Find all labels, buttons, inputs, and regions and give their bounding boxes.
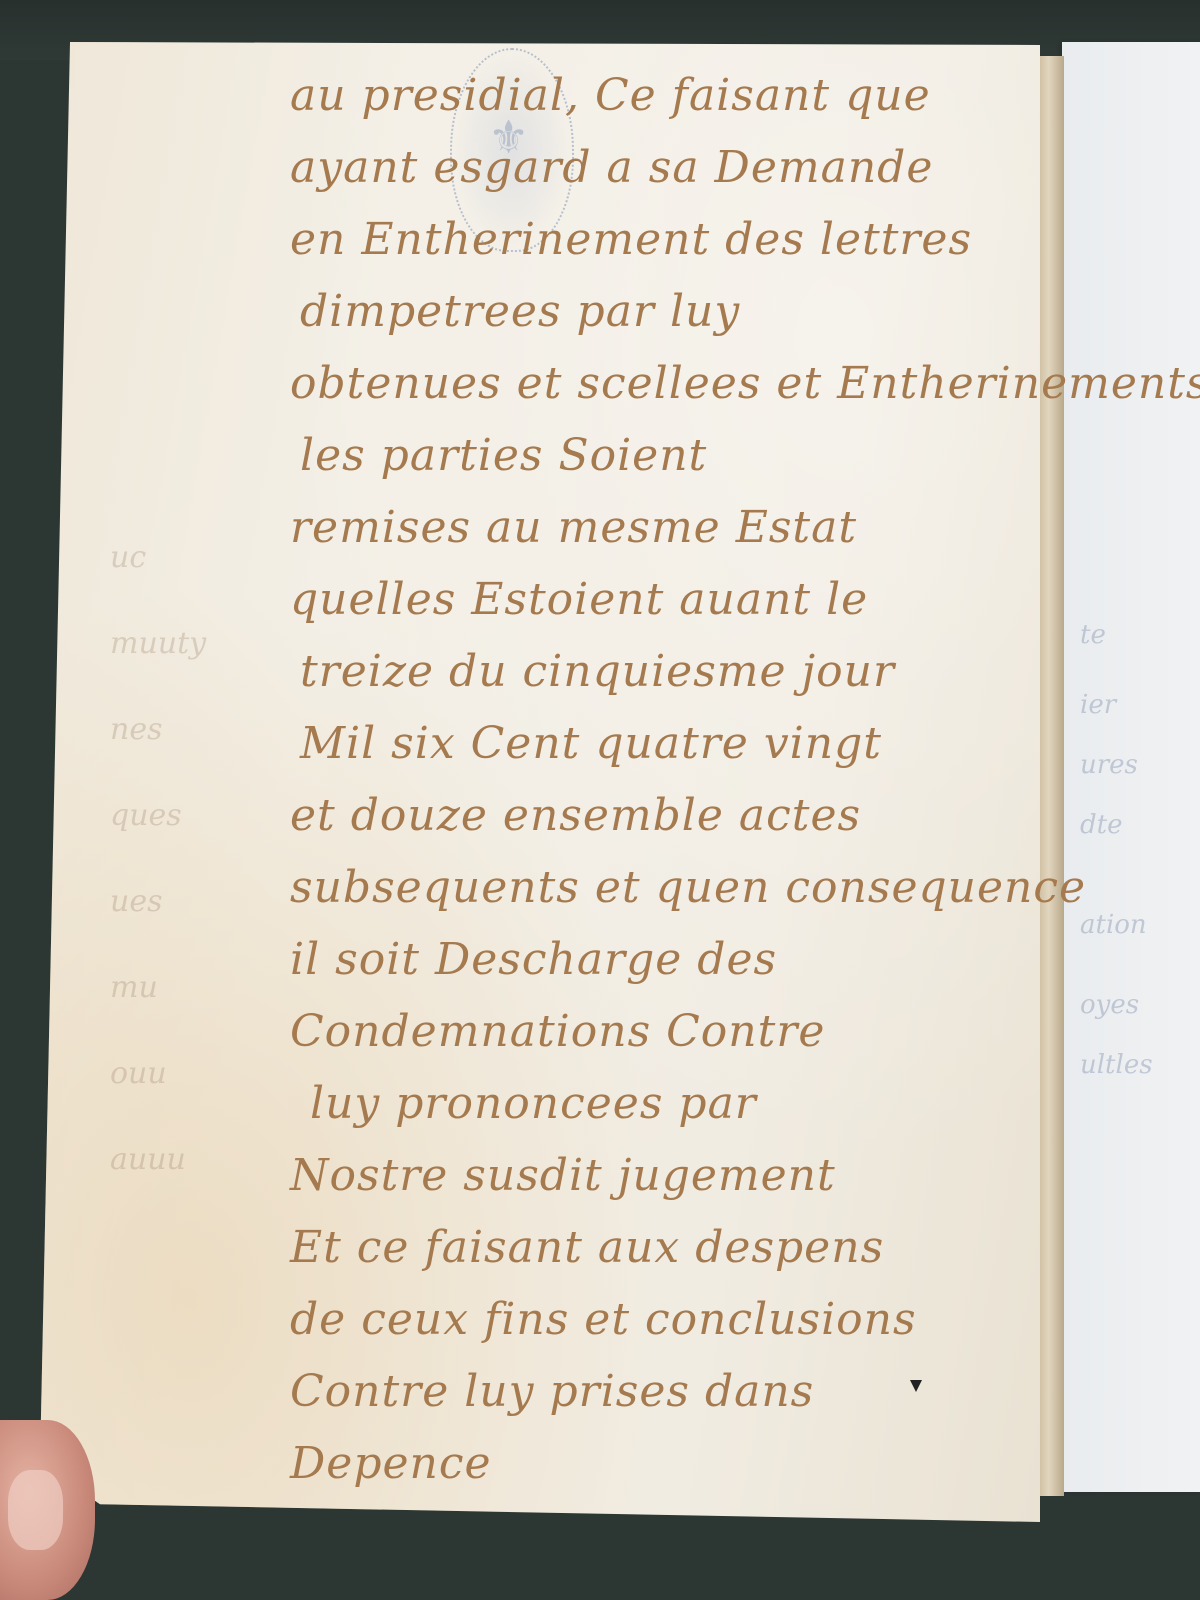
book-gutter — [1036, 56, 1064, 1496]
facing-page-ghost-text: ation — [1080, 910, 1147, 940]
bleed-text: ques — [110, 798, 310, 884]
facing-page-ghost-text: te — [1080, 620, 1106, 650]
manuscript-line: Depence — [290, 1428, 1030, 1500]
handwritten-text-block: au presidial, Ce faisant que ayant esgar… — [290, 60, 1030, 1500]
facing-page-ghost-text: oyes — [1080, 990, 1139, 1020]
bleed-text: ues — [110, 884, 310, 970]
manuscript-line: ayant esgard a sa Demande — [290, 132, 1030, 204]
bleed-text: mu — [110, 970, 310, 1056]
manuscript-line: Et ce faisant aux despens — [290, 1212, 1030, 1284]
manuscript-line: les parties Soient — [290, 420, 1030, 492]
manuscript-line: Condemnations Contre — [290, 996, 1030, 1068]
manuscript-line: Contre luy prises dans — [290, 1356, 1030, 1428]
bleed-text: uc — [110, 540, 310, 626]
manuscript-line: Mil six Cent quatre vingt — [290, 708, 1030, 780]
manuscript-line: de ceux fins et conclusions — [290, 1284, 1030, 1356]
manuscript-line: il soit Descharge des — [290, 924, 1030, 996]
manuscript-line: quelles Estoient auant le — [290, 564, 1030, 636]
manuscript-line: au presidial, Ce faisant que — [290, 60, 1030, 132]
manuscript-line: treize du cinquiesme jour — [290, 636, 1030, 708]
manuscript-line: luy prononcees par — [290, 1068, 1030, 1140]
margin-bleed-through: uc muuty nes ques ues mu ouu auuu — [110, 540, 310, 1228]
manuscript-line: en Entherinement des lettres — [290, 204, 1030, 276]
ink-blot-icon — [910, 1380, 922, 1392]
manuscript-line: subsequents et quen consequence — [290, 852, 1030, 924]
bleed-text: ouu — [110, 1056, 310, 1142]
manuscript-line: Nostre susdit jugement — [290, 1140, 1030, 1212]
facing-page-ghost-text: dte — [1080, 810, 1122, 840]
manuscript-line: obtenues et scellees et Entherinements — [290, 348, 1030, 420]
bleed-text: nes — [110, 712, 310, 798]
facing-page-ghost-text: ures — [1080, 750, 1138, 780]
bleed-text: muuty — [110, 626, 310, 712]
manuscript-line: remises au mesme Estat — [290, 492, 1030, 564]
thumbnail-highlight — [8, 1470, 63, 1550]
facing-page-ghost-text: ultles — [1080, 1050, 1153, 1080]
manuscript-line: dimpetrees par luy — [290, 276, 1030, 348]
bleed-text: auuu — [110, 1142, 310, 1228]
manuscript-line: et douze ensemble actes — [290, 780, 1030, 852]
facing-page-ghost-text: ier — [1080, 690, 1116, 720]
